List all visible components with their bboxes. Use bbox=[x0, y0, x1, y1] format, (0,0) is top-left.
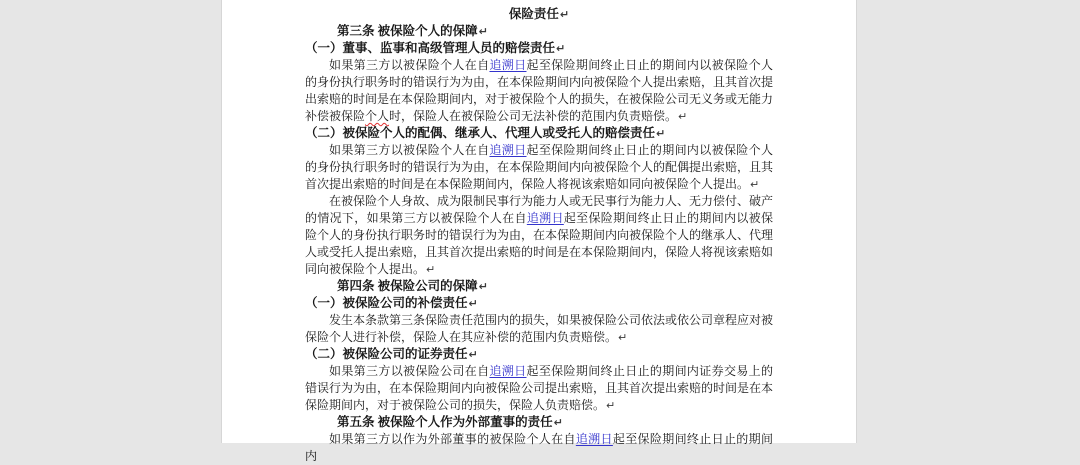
document-paragraph[interactable]: 如果第三方以被保险个人在自追溯日起至保险期间终止日止的期间内以被保险个人的身份执… bbox=[305, 142, 773, 193]
text-run: （二）被保险公司的证券责任 bbox=[305, 347, 468, 361]
document-paragraph[interactable]: 发生本条款第三条保险责任范围内的损失，如果被保险公司依法或依公司章程应对被保险个… bbox=[305, 312, 773, 346]
text-run: （二）被保险个人的配偶、继承人、代理人或受托人的赔偿责任 bbox=[305, 126, 655, 140]
retroactive-date-link[interactable]: 追溯日 bbox=[527, 211, 564, 225]
text-run: （一）被保险公司的补偿责任 bbox=[305, 296, 468, 310]
document-content: 保险责任↵第三条 被保险个人的保障↵（一）董事、监事和高级管理人员的赔偿责任↵如… bbox=[305, 6, 773, 443]
paragraph-mark-icon: ↵ bbox=[329, 0, 338, 4]
paragraph-mark-icon: ↵ bbox=[678, 110, 687, 123]
document-title[interactable]: 保险责任↵ bbox=[305, 6, 773, 23]
paragraph-mark-icon: ↵ bbox=[469, 348, 478, 361]
text-run: 第三条 被保险个人的保障 bbox=[337, 24, 478, 38]
document-paragraph[interactable]: 如果第三方以被保险公司在自追溯日起至保险期间终止日止的期间内证券交易上的错误行为… bbox=[305, 363, 773, 414]
editor-canvas: ↵ 保险责任↵第三条 被保险个人的保障↵（一）董事、监事和高级管理人员的赔偿责任… bbox=[0, 0, 1080, 443]
document-paragraph[interactable]: 如果第三方以作为外部董事的被保险个人在自追溯日起至保险期间终止日止的期间内 bbox=[305, 431, 773, 443]
item-heading[interactable]: （一）董事、监事和高级管理人员的赔偿责任↵ bbox=[305, 40, 773, 57]
spellcheck-flagged-text: 个人 bbox=[365, 109, 389, 123]
text-run: 时，保险人在被保险公司无法补偿的范围内负责赔偿。 bbox=[389, 109, 677, 123]
retroactive-date-link[interactable]: 追溯日 bbox=[489, 364, 526, 378]
article-heading[interactable]: 第三条 被保险个人的保障↵ bbox=[305, 23, 773, 40]
text-run: 如果第三方以作为外部董事的被保险个人在自 bbox=[329, 432, 576, 443]
paragraph-mark-icon: ↵ bbox=[560, 8, 569, 21]
item-heading[interactable]: （二）被保险个人的配偶、继承人、代理人或受托人的赔偿责任↵ bbox=[305, 125, 773, 142]
paragraph-mark-icon: ↵ bbox=[426, 263, 435, 276]
document-paragraph[interactable]: 如果第三方以被保险个人在自追溯日起至保险期间终止日止的期间内以被保险个人的身份执… bbox=[305, 57, 773, 125]
paragraph-mark-icon: ↵ bbox=[469, 297, 478, 310]
text-run: 第五条 被保险个人作为外部董事的责任 bbox=[337, 415, 553, 429]
document-paragraph[interactable]: 在被保险个人身故、成为限制民事行为能力人或无民事行为能力人、无力偿付、破产的情况… bbox=[305, 193, 773, 278]
paragraph-mark-icon: ↵ bbox=[479, 280, 488, 293]
article-heading[interactable]: 第五条 被保险个人作为外部董事的责任↵ bbox=[305, 414, 773, 431]
document-page[interactable]: ↵ 保险责任↵第三条 被保险个人的保障↵（一）董事、监事和高级管理人员的赔偿责任… bbox=[221, 0, 857, 443]
paragraph-mark-icon: ↵ bbox=[656, 127, 665, 140]
paragraph-mark-icon: ↵ bbox=[750, 178, 759, 191]
item-heading[interactable]: （一）被保险公司的补偿责任↵ bbox=[305, 295, 773, 312]
paragraph-mark-icon: ↵ bbox=[556, 42, 565, 55]
paragraph-mark-icon: ↵ bbox=[606, 399, 615, 412]
retroactive-date-link[interactable]: 追溯日 bbox=[489, 143, 526, 157]
paragraph-mark-icon: ↵ bbox=[618, 331, 627, 344]
article-heading[interactable]: 第四条 被保险公司的保障↵ bbox=[305, 278, 773, 295]
text-run: 发生本条款第三条保险责任范围内的损失，如果被保险公司依法或依公司章程应对被保险个… bbox=[305, 313, 773, 344]
paragraph-mark-icon: ↵ bbox=[554, 416, 563, 429]
text-run: 如果第三方以被保险公司在自 bbox=[329, 364, 489, 378]
retroactive-date-link[interactable]: 追溯日 bbox=[489, 58, 526, 72]
retroactive-date-link[interactable]: 追溯日 bbox=[576, 432, 613, 443]
text-run: 保险责任 bbox=[509, 7, 559, 21]
text-run: 第四条 被保险公司的保障 bbox=[337, 279, 478, 293]
text-run: （一）董事、监事和高级管理人员的赔偿责任 bbox=[305, 41, 555, 55]
paragraph-mark-icon: ↵ bbox=[479, 25, 488, 38]
item-heading[interactable]: （二）被保险公司的证券责任↵ bbox=[305, 346, 773, 363]
text-run: 如果第三方以被保险个人在自 bbox=[329, 143, 489, 157]
text-run: 如果第三方以被保险个人在自 bbox=[329, 58, 489, 72]
